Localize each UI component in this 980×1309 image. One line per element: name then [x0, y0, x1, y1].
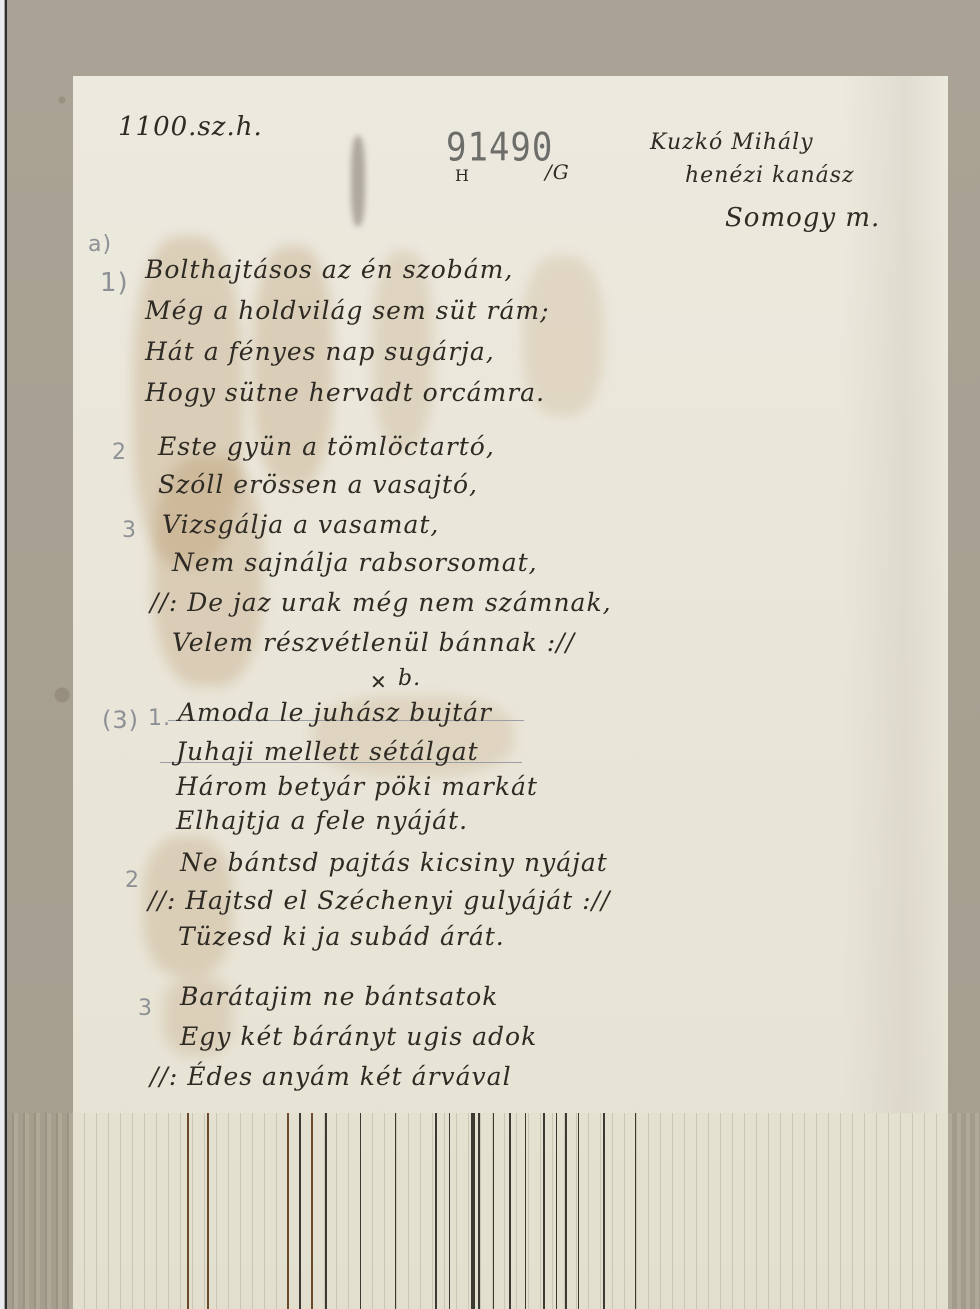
verse-number: 3: [122, 518, 137, 543]
burn-symbol: ✕: [370, 670, 388, 694]
section-b-label: b.: [398, 666, 421, 691]
lyric-line: Barátajim ne bántsatok: [180, 982, 498, 1011]
lyric-line: Velem részvétlenül bánnak ://: [172, 628, 575, 657]
archive-stamp-number: 91490: [446, 125, 553, 171]
lyric-line: Este gyün a tömlöctartó,: [158, 432, 495, 461]
scan-distortion: [948, 1113, 980, 1309]
stamp-suffix: /G: [545, 160, 570, 184]
lyric-line: Vizsgálja a vasamat,: [162, 510, 439, 539]
verse-number: 2: [112, 440, 127, 465]
stamp-mark: H: [455, 166, 470, 185]
lyric-line: Hogy sütne hervadt orcámra.: [145, 378, 545, 407]
verse-number: 2: [125, 868, 140, 893]
lyric-line: Amoda le juhász bujtár: [178, 698, 492, 727]
section-a-label: a): [88, 232, 112, 257]
lyric-line: Három betyár pöki markát: [176, 772, 538, 801]
lyric-line: //: Édes anyám két árvával: [150, 1062, 512, 1091]
lyric-line: Ne bántsd pajtás kicsiny nyájat: [180, 848, 608, 877]
lyric-line: Elhajtja a fele nyáját.: [176, 806, 468, 835]
scan-edge: [0, 0, 4, 1309]
lyric-line: Szóll erössen a vasajtó,: [158, 470, 478, 499]
lyric-line: Tüzesd ki ja subád árát.: [178, 922, 505, 951]
collector-occupation: henézi kanász: [685, 163, 855, 188]
collector-county: Somogy m.: [725, 203, 880, 233]
lyric-line: Bolthajtásos az én szobám,: [145, 255, 513, 284]
collector-name: Kuzkó Mihály: [650, 130, 814, 155]
verse-number: 3: [138, 996, 153, 1021]
lyric-line: //: Hajtsd el Széchenyi gulyáját ://: [148, 886, 610, 915]
scan-distortion: [73, 1113, 948, 1309]
lyric-line: Juhaji mellett sétálgat: [176, 737, 479, 766]
lyric-line: Hát a fényes nap sugárja,: [145, 337, 495, 366]
verse-number: 1): [100, 268, 129, 298]
lyric-line: Még a holdvilág sem süt rám;: [145, 296, 550, 325]
verse-number: 1.: [148, 706, 171, 731]
catalog-note: 1100.sz.h.: [118, 112, 263, 142]
pencil-section-number: (3): [102, 706, 139, 734]
lyric-line: //: De jaz urak még nem számnak,: [150, 588, 612, 617]
lyric-line: Nem sajnálja rabsorsomat,: [172, 548, 538, 577]
scan-distortion: [7, 1113, 73, 1309]
lyric-line: Egy két bárányt ugis adok: [180, 1022, 537, 1051]
burn-mark: [351, 136, 365, 226]
